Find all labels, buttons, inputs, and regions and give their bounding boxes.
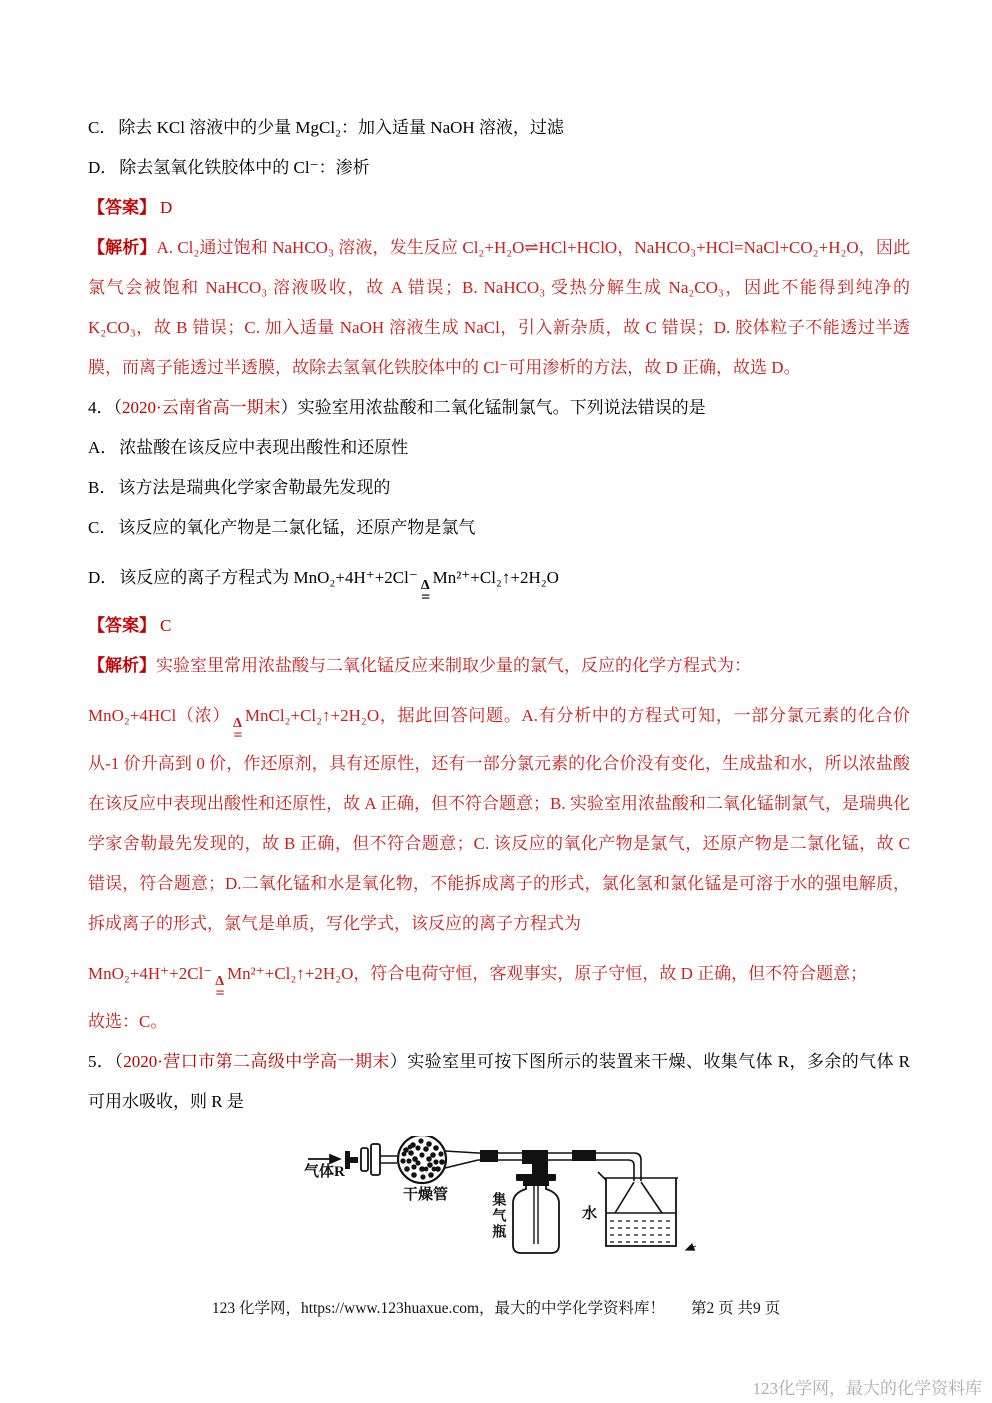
q3-answer-line: 【答案】D: [88, 188, 910, 228]
q4-option-b: B．该方法是瑞典化学家舍勒最先发现的: [88, 468, 910, 508]
analysis-tail-text: ，符合电荷守恒，客观事实，原子守恒，故 D 正确，但不符合题意；: [353, 964, 867, 983]
beaker: [598, 1172, 678, 1246]
q3-option-d: D．除去氢氧化铁胶体中的 Cl⁻：渗析: [88, 148, 910, 188]
equation-left: MnO₂+4H⁺+2Cl⁻: [88, 964, 212, 983]
inverted-funnel: [615, 1182, 662, 1213]
q4-analysis-conclusion: 故选：C。: [88, 1002, 910, 1042]
option-label: D．: [88, 158, 117, 177]
paren: ）: [390, 1052, 407, 1071]
page-content: C．除去 KCl 溶液中的少量 MgCl₂：加入适量 NaOH 溶液，过滤 D．…: [88, 108, 910, 1274]
analysis-body-text: ，据此回答问题。A.有分析中的方程式可知，一部分氯元素的化合价从-1 价升高到 …: [88, 706, 910, 933]
document-page: C．除去 KCl 溶液中的少量 MgCl₂：加入适量 NaOH 溶液，过滤 D．…: [0, 0, 992, 1403]
equals-sign: =: [233, 728, 241, 744]
apparatus-diagram: 气体R 干燥管 集气瓶 水: [300, 1136, 702, 1264]
paren: （: [114, 1052, 123, 1071]
rubber-connector: [480, 1150, 498, 1162]
elbow-connector: [522, 1150, 548, 1174]
option-label: A．: [88, 438, 117, 457]
answer-value: D: [160, 198, 172, 217]
q4-option-d: D．该反应的离子方程式为 MnO₂+4H⁺+2Cl⁻Δ=Mn²⁺+Cl₂↑+2H…: [88, 548, 910, 606]
q5-header: 5．（2020·营口市第二高级中学高一期末）实验室里可按下图所示的装置来干燥、收…: [88, 1042, 910, 1122]
q4-header: 4．（2020·云南省高一期末）实验室用浓盐酸和二氧化锰制氯气。下列说法错误的是: [88, 388, 910, 428]
option-label: C．: [88, 118, 116, 137]
water-fill: [610, 1221, 672, 1242]
equation-right: Mn²⁺+Cl₂↑+2H₂O: [227, 964, 353, 983]
equation-left: MnO₂+4HCl（浓）: [88, 706, 230, 725]
ionic-equation: MnO₂+4H⁺+2Cl⁻Δ=Mn²⁺+Cl₂↑+2H₂O: [294, 568, 559, 587]
analysis-label: 【解析】: [88, 656, 156, 675]
question-stem: 实验室用浓盐酸和二氧化锰制氯气。下列说法错误的是: [298, 398, 706, 417]
rubber-connector: [572, 1150, 596, 1161]
analysis-text: A. Cl₂通过饱和 NaHCO₃ 溶液，发生反应 Cl₂+H₂O⇌HCl+HC…: [88, 238, 910, 377]
q4-option-c: C．该反应的氧化产物是二氯化锰，还原产物是氯气: [88, 508, 910, 548]
equation-left: MnO₂+4H⁺+2Cl⁻: [294, 568, 418, 587]
delta-over-equals: Δ=: [215, 975, 224, 1002]
q4-option-a: A．浓盐酸在该反应中表现出酸性和还原性: [88, 428, 910, 468]
equals-sign: =: [421, 590, 429, 606]
watermark-text: 123化学网，最大的化学资料库: [753, 1374, 983, 1399]
question-source: 2020·营口市第二高级中学高一期末: [123, 1052, 390, 1071]
option-label: C．: [88, 518, 116, 537]
option-text: 浓盐酸在该反应中表现出酸性和还原性: [119, 438, 408, 457]
q3-option-c: C．除去 KCl 溶液中的少量 MgCl₂：加入适量 NaOH 溶液，过滤: [88, 108, 910, 148]
answer-value: C: [160, 616, 171, 635]
analysis-intro-text: 实验室里常用浓盐酸与二氧化锰反应来制取少量的氯气，反应的化学方程式为：: [156, 656, 751, 675]
water-label: 水: [582, 1206, 597, 1223]
option-lead: 该反应的离子方程式为: [119, 568, 293, 587]
chemical-equation: MnO₂+4HCl（浓）Δ=MnCl₂+Cl₂↑+2H₂O: [88, 706, 379, 725]
delta-over-equals: Δ=: [233, 717, 242, 744]
equals-sign: =: [216, 986, 224, 1002]
delivery-tube: [478, 1153, 641, 1181]
answer-label: 【答案】: [88, 616, 156, 635]
option-text: 该反应的氧化产物是二氯化锰，还原产物是氯气: [118, 518, 475, 537]
ionic-equation: MnO₂+4H⁺+2Cl⁻Δ=Mn²⁺+Cl₂↑+2H₂O: [88, 964, 353, 983]
drying-tube: [398, 1136, 478, 1183]
drying-tube-label: 干燥管: [403, 1187, 448, 1204]
option-text: 除去 KCl 溶液中的少量 MgCl₂：加入适量 NaOH 溶液，过滤: [118, 118, 564, 137]
q4-answer-line: 【答案】C: [88, 606, 910, 646]
inlet-stopper: [345, 1144, 397, 1175]
paren: （: [114, 398, 123, 417]
question-number: 4．: [88, 398, 114, 417]
q4-analysis-intro: 【解析】实验室里常用浓盐酸与二氧化锰反应来制取少量的氯气，反应的化学方程式为：: [88, 646, 910, 686]
gas-inlet-label: 气体R: [304, 1164, 345, 1181]
q4-analysis-body: MnO₂+4HCl（浓）Δ=MnCl₂+Cl₂↑+2H₂O，据此回答问题。A.有…: [88, 686, 910, 944]
cursor-arrow-icon: [686, 1246, 696, 1250]
question-source: 2020·云南省高一期末: [122, 398, 281, 417]
answer-label: 【答案】: [88, 198, 156, 217]
page-indicator: 第2 页 共9 页: [691, 1300, 780, 1317]
delta-over-equals: Δ=: [421, 579, 430, 606]
gas-bottle-label: 集气瓶: [490, 1192, 505, 1240]
q3-analysis: 【解析】A. Cl₂通过饱和 NaHCO₃ 溶液，发生反应 Cl₂+H₂O⇌HC…: [88, 228, 910, 388]
paren: ）: [281, 398, 298, 417]
option-text: 除去氢氧化铁胶体中的 Cl⁻：渗析: [119, 158, 369, 177]
option-label: D．: [88, 568, 117, 587]
analysis-label: 【解析】: [88, 238, 156, 257]
equation-right: MnCl₂+Cl₂↑+2H₂O: [245, 706, 379, 725]
equation-right: Mn²⁺+Cl₂↑+2H₂O: [433, 568, 559, 587]
footer-site-text: 123 化学网，https://www.123huaxue.com，最大的中学化…: [212, 1300, 665, 1317]
q4-analysis-eq2-line: MnO₂+4H⁺+2Cl⁻Δ=Mn²⁺+Cl₂↑+2H₂O，符合电荷守恒，客观事…: [88, 944, 910, 1002]
gas-bottle: [513, 1174, 559, 1253]
option-text: 该方法是瑞典化学家舍勒最先发现的: [118, 478, 390, 497]
question-number: 5．: [88, 1052, 114, 1071]
option-label: B．: [88, 478, 116, 497]
page-footer: 123 化学网，https://www.123huaxue.com，最大的中学化…: [0, 1296, 992, 1318]
